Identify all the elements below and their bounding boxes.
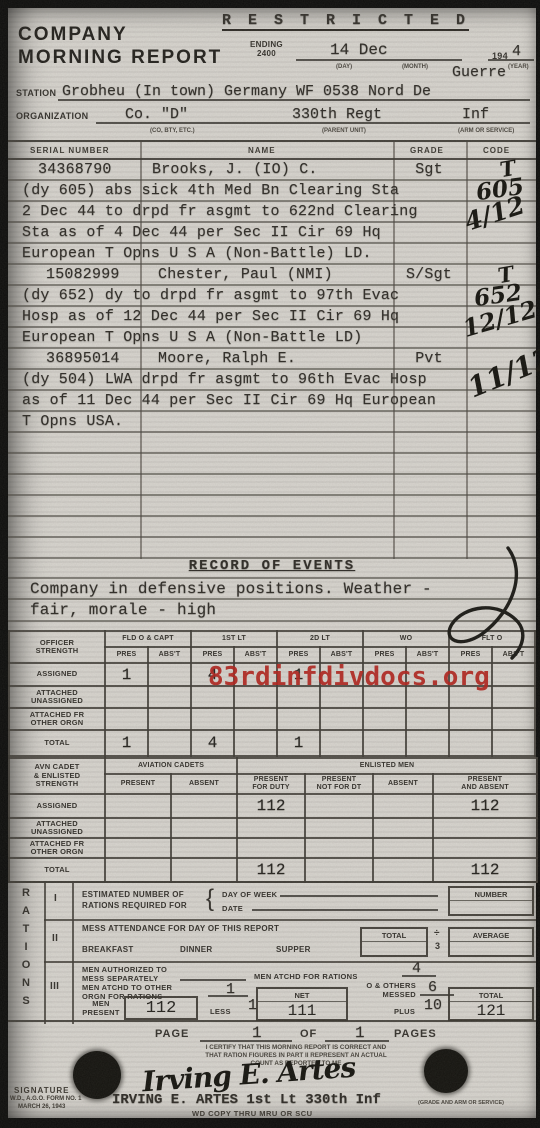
col-av-absent: ABSENT [171, 774, 237, 794]
rations-rule [44, 919, 536, 921]
day-caption: (DAY) [336, 64, 352, 70]
punch-hole [424, 1049, 468, 1093]
men-present-value: 112 [126, 998, 196, 1019]
org-sub-label-3: (ARM OR SERVICE) [458, 128, 514, 134]
roster-line: 36895014 Moore, Ralph E. Pvt [8, 349, 536, 370]
officer-total-2lt-pres: 1 [277, 730, 320, 756]
date-blank [252, 899, 438, 911]
pages-label: PAGES [394, 1028, 437, 1040]
divide-by-three: 3 [435, 941, 440, 951]
day-of-week-label: DAY OF WEEK [222, 890, 277, 899]
events-text: Company in defensive positions. Weather … [30, 580, 432, 598]
roster-line: European T Opns U S A (Non-Battle LD) [8, 328, 536, 349]
roster-line: 2 Dec 44 to drpd fr asgmt to 622nd Clear… [8, 202, 536, 223]
roster-line: Sta as of 4 Dec 44 per Sec II Cir 69 Hq [8, 223, 536, 244]
entry-text: T Opns USA. [22, 413, 123, 430]
organization-underline [96, 107, 530, 124]
name-value: Moore, Ralph E. [158, 350, 296, 367]
enlisted-strength-label: AVN CADET & ENLISTED STRENGTH [9, 758, 105, 794]
grand-total-box: TOTAL 121 [448, 987, 534, 1021]
col-group-1st-lt: 1ST LT [191, 631, 277, 647]
pres-subheader: PRES [277, 647, 320, 663]
col-present-for-duty: PRESENT FOR DUTY [237, 774, 305, 794]
personnel-roster: SERIAL NUMBER NAME GRADE CODE 34368790 B… [8, 140, 536, 559]
men-authorized-label: MEN AUTHORIZED TO MESS SEPARATELY [82, 965, 167, 983]
section-ii-numeral: II [52, 933, 58, 944]
day-of-week-blank [280, 885, 438, 897]
row-label-assigned: ASSIGNED [9, 663, 105, 686]
men-present-box: 112 [124, 996, 198, 1020]
net-box-label: NET [258, 989, 346, 1002]
entry-text: (dy 652) dy to drpd fr asgmt to 97th Eva… [22, 287, 399, 304]
dinner-label: DINNER [180, 945, 212, 954]
date-underline [296, 44, 462, 61]
atchd-other-blank [208, 985, 248, 997]
roster-line: as of 11 Dec 44 per Sec II Cir 69 Hq Eur… [8, 391, 536, 412]
roster-header-row: SERIAL NUMBER NAME GRADE CODE [8, 142, 536, 160]
wd-copy-caption: WD COPY THRU MRU OR SCU [192, 1109, 313, 1118]
enlisted-assigned-present-and-absent: 112 [433, 794, 537, 818]
officer-strength-label: OFFICER STRENGTH [9, 631, 105, 663]
grand-total-value: 121 [450, 1002, 532, 1020]
section-i-numeral: I [54, 893, 57, 904]
grade-arm-service-caption: (GRADE AND ARM OR SERVICE) [418, 1100, 504, 1106]
average-box-label: AVERAGE [450, 929, 532, 942]
page-label: PAGE [155, 1028, 189, 1040]
abst-subheader: ABS'T [234, 647, 277, 663]
net-box: NET 111 [256, 987, 348, 1021]
row-label-total: TOTAL [9, 730, 105, 756]
mess-total-label: TOTAL [362, 929, 426, 942]
mess-attendance-label: MESS ATTENDANCE FOR DAY OF THIS REPORT [82, 924, 279, 933]
officer-total-fld-pres: 1 [105, 730, 148, 756]
handwritten-flourish [428, 544, 536, 662]
roster-line: (dy 605) abs sick 4th Med Bn Clearing St… [8, 181, 536, 202]
roster-line: T Opns USA. [8, 412, 536, 433]
roster-blank-line [8, 454, 536, 475]
divide-sign: ÷ [434, 928, 440, 939]
month-caption: (MONTH) [402, 64, 428, 70]
supper-label: SUPPER [276, 945, 311, 954]
roster-line: 34368790 Brooks, J. (IO) C. Sgt [8, 160, 536, 181]
row-label-total: TOTAL [9, 858, 105, 882]
officer-assigned-fld-pres: 1 [105, 663, 148, 686]
mess-separately-blank [180, 971, 246, 981]
estimated-rations-label: ESTIMATED NUMBER OF RATIONS REQUIRED FOR [82, 889, 187, 911]
rations-rule [44, 961, 536, 963]
page-num-underline [200, 1026, 292, 1042]
name-header: NAME [248, 146, 276, 155]
col-group-fld-o-capt: FLD O & CAPT [105, 631, 191, 647]
entry-text: Sta as of 4 Dec 44 per Sec II Cir 69 Hq [22, 224, 381, 241]
code-header: CODE [483, 146, 510, 155]
men-atchd-for-rations-label: MEN ATCHD FOR RATIONS [254, 972, 358, 981]
grand-total-label: TOTAL [450, 989, 532, 1002]
row-label-attached-unassigned: ATTACHED UNASSIGNED [9, 686, 105, 708]
grade-header: GRADE [410, 146, 444, 155]
rations-divider [44, 883, 46, 1024]
restricted-banner: R E S T R I C T E D [222, 12, 469, 31]
events-text: fair, morale - high [30, 601, 216, 619]
enlisted-assigned-present-for-duty: 112 [237, 794, 305, 818]
rations-vertical-label: RATIONS [20, 887, 32, 1021]
entry-text: European T Opns U S A (Non-Battle) LD. [22, 245, 372, 262]
grade-value: Sgt [393, 161, 465, 178]
col-av-present: PRESENT [105, 774, 171, 794]
org-sub-label-1: (CO, BTY, ETC.) [150, 128, 195, 134]
col-group-2d-lt: 2D LT [277, 631, 363, 647]
roster-blank-line [8, 433, 536, 454]
typed-officer-name: IRVING E. ARTES 1st Lt 330th Inf [112, 1092, 381, 1108]
date-label: DATE [222, 904, 243, 913]
number-box-label: NUMBER [450, 888, 532, 901]
serial-value: 36895014 [46, 350, 120, 367]
website-watermark: 83rdinfdivdocs.org [208, 662, 490, 692]
of-label: OF [300, 1028, 317, 1040]
row-label-assigned: ASSIGNED [9, 794, 105, 818]
pres-subheader: PRES [191, 647, 234, 663]
rations-divider [72, 883, 74, 1024]
o-and-others-messed-label: O & OTHERS MESSED [362, 981, 416, 999]
roster-blank-line [8, 496, 536, 517]
abst-subheader: ABS'T [148, 647, 191, 663]
form-title-line1: COMPANY [18, 24, 128, 46]
ending-2400-label: ENDING 2400 [250, 40, 283, 58]
station-overflow-text: Guerre [452, 64, 506, 81]
form-title-line2: MORNING REPORT [18, 47, 222, 69]
abst-subheader: ABS'T [320, 647, 363, 663]
serial-value: 34368790 [38, 161, 112, 178]
less-label: LESS [210, 1007, 231, 1016]
col-present-and-absent: PRESENT AND ABSENT [433, 774, 537, 794]
mess-total-box: TOTAL [360, 927, 428, 957]
officer-total-1lt-pres: 4 [191, 730, 234, 756]
enlisted-total-present-and-absent: 112 [433, 858, 537, 882]
men-present-label: MEN PRESENT [82, 999, 120, 1017]
roster-line: European T Opns U S A (Non-Battle) LD. [8, 244, 536, 265]
enlisted-strength-table: AVN CADET & ENLISTED STRENGTH AVIATION C… [8, 757, 538, 883]
plus-label: PLUS [394, 1007, 415, 1016]
year-underline [488, 44, 534, 61]
net-box-value: 111 [258, 1002, 346, 1020]
form-number: W.D., A.G.O. FORM NO. 1 [10, 1096, 81, 1102]
average-box: AVERAGE [448, 927, 534, 957]
pres-subheader: PRES [105, 647, 148, 663]
year-caption: (YEAR) [508, 64, 529, 70]
row-label-attached-fr-other: ATTACHED FR OTHER ORGN [9, 708, 105, 730]
breakfast-label: BREAKFAST [82, 945, 134, 954]
col-absent: ABSENT [373, 774, 433, 794]
form-date: MARCH 26, 1943 [18, 1104, 65, 1110]
atchd-for-blank [402, 963, 436, 977]
serial-number-header: SERIAL NUMBER [30, 146, 110, 155]
pages-number: 1 [355, 1024, 365, 1042]
station-underline [58, 84, 530, 101]
entry-text: European T Opns U S A (Non-Battle LD) [22, 329, 362, 346]
brace-glyph: { [206, 885, 214, 913]
plus-value: 10 [424, 997, 442, 1014]
roster-line: 15082999 Chester, Paul (NMI) S/Sgt [8, 265, 536, 286]
scanned-morning-report: R E S T R I C T E D COMPANY MORNING REPO… [0, 0, 540, 1128]
entry-text: (dy 605) abs sick 4th Med Bn Clearing St… [22, 182, 399, 199]
signature-label: SIGNATURE [14, 1086, 70, 1095]
grade-value: Pvt [393, 350, 465, 367]
roster-line: (dy 652) dy to drpd fr asgmt to 97th Eva… [8, 286, 536, 307]
roster-line: Hosp as of 12 Dec 44 per Sec II Cir 69 H… [8, 307, 536, 328]
name-value: Brooks, J. (IO) C. [152, 161, 318, 178]
col-present-not-for-dt: PRESENT NOT FOR DT [305, 774, 373, 794]
entry-text: (dy 504) LWA drpd fr asgmt to 96th Evac … [22, 371, 427, 388]
pres-subheader: PRES [363, 647, 406, 663]
org-sub-label-2: (PARENT UNIT) [322, 128, 366, 134]
entry-text: 2 Dec 44 to drpd fr asgmt to 622nd Clear… [22, 203, 418, 220]
col-group-aviation-cadets: AVIATION CADETS [105, 758, 237, 774]
grade-value: S/Sgt [393, 266, 465, 283]
organization-label: ORGANIZATION [16, 111, 88, 121]
name-value: Chester, Paul (NMI) [158, 266, 333, 283]
roster-blank-line [8, 475, 536, 496]
station-label: STATION [16, 88, 56, 98]
page-number: 1 [252, 1024, 262, 1042]
less-value: 1 [248, 997, 257, 1014]
entry-text: Hosp as of 12 Dec 44 per Sec II Cir 69 H… [22, 308, 399, 325]
roster-line: (dy 504) LWA drpd fr asgmt to 96th Evac … [8, 370, 536, 391]
row-label-attached-fr-other: ATTACHED FR OTHER ORGN [9, 838, 105, 858]
rations-section: RATIONS I II III ESTIMATED NUMBER OF RAT… [8, 881, 536, 1022]
number-box: NUMBER [448, 886, 534, 916]
roster-blank-line [8, 517, 536, 538]
row-label-attached-unassigned: ATTACHED UNASSIGNED [9, 818, 105, 838]
section-iii-numeral: III [50, 981, 59, 992]
entry-text: as of 11 Dec 44 per Sec II Cir 69 Hq Eur… [22, 392, 436, 409]
serial-value: 15082999 [46, 266, 120, 283]
col-group-enlisted-men: ENLISTED MEN [237, 758, 537, 774]
enlisted-total-present-for-duty: 112 [237, 858, 305, 882]
